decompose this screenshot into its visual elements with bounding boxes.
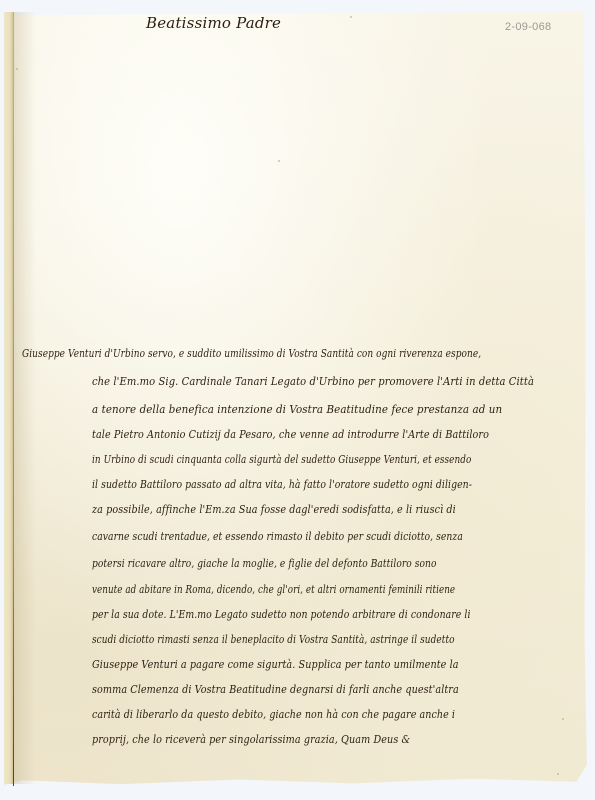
- body-line: in Urbino di scudi cinquanta colla sigur…: [92, 453, 471, 466]
- body-line: scudi diciotto rimasti senza il beneplac…: [92, 633, 455, 646]
- body-line: il sudetto Battiloro passato ad altra vi…: [92, 478, 472, 491]
- fold-crease: [13, 12, 14, 786]
- body-line: cavarne scudi trentadue, et essendo rima…: [92, 530, 463, 543]
- body-line: venute ad abitare in Roma, dicendo, che …: [92, 583, 455, 596]
- body-line: Giuseppe Venturi a pagare come sigurtà. …: [92, 658, 459, 671]
- body-line: potersi ricavare altro, giache la moglie…: [92, 557, 436, 570]
- archive-reference-number: 2-09-068: [505, 21, 551, 33]
- paper-speck: [562, 718, 564, 720]
- fold-shadow: [14, 12, 36, 784]
- paper-sheet: [4, 12, 588, 788]
- body-line: a tenore della benefica intenzione di Vo…: [92, 403, 502, 416]
- body-line: za possibile, affinche l'Em.za Sua fosse…: [92, 503, 456, 516]
- document-scan: Beatissimo Padre 2-09-068 Giuseppe Ventu…: [0, 0, 595, 800]
- paper-speck: [350, 16, 352, 18]
- body-line: carità di liberarlo da questo debito, gi…: [92, 708, 455, 721]
- paper-speck: [16, 68, 18, 70]
- body-line: che l'Em.mo Sig. Cardinale Tanari Legato…: [92, 375, 534, 388]
- body-line: tale Pietro Antonio Cutizij da Pesaro, c…: [92, 428, 489, 441]
- body-line: proprij, che lo riceverà per singolariss…: [92, 733, 410, 746]
- salutation-heading: Beatissimo Padre: [146, 14, 281, 32]
- paper-speck: [278, 160, 280, 162]
- body-line: Giuseppe Venturi d'Urbino servo, e suddi…: [22, 347, 481, 360]
- paper-speck: [557, 773, 559, 775]
- body-line: somma Clemenza di Vostra Beatitudine deg…: [92, 683, 459, 696]
- body-line: per la sua dote. L'Em.mo Legato sudetto …: [92, 608, 471, 621]
